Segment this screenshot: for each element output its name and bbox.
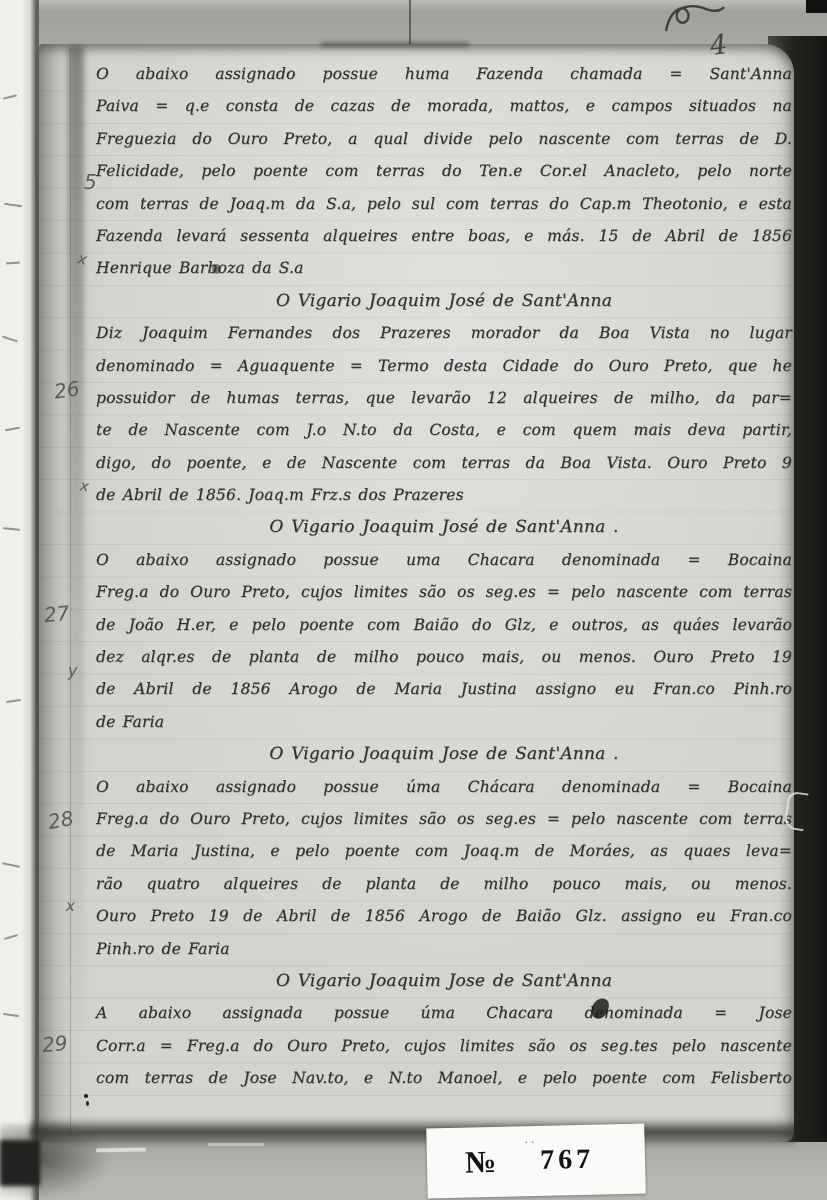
handwritten-line: possuidor de humas terras, que levarão 1… [96, 382, 792, 414]
margin-rule-line [70, 48, 71, 1136]
handwritten-line: te de Nascente com J.o N.to da Costa, e … [96, 414, 792, 446]
scanned-manuscript-page: 4 5 x 26 x 27 y 28 x 29 O abaixo assigna… [0, 0, 827, 1200]
handwritten-line: de João H.er, e pelo poente com Baião do… [96, 609, 792, 641]
folio-number: 4 [708, 29, 729, 62]
archival-number: 767 [540, 1144, 595, 1177]
margin-check-mark: y [68, 661, 77, 680]
entry-heading: O Vigario Joaquim José de Sant'Anna [96, 285, 792, 317]
edge-scratch-mark [208, 1143, 264, 1146]
handwritten-line: rão quatro alqueires de planta de milho … [96, 868, 792, 900]
facing-page-edge [0, 0, 36, 1200]
handwritten-line: Corr.a = Freg.a do Ouro Preto, cujos lim… [96, 1030, 792, 1062]
handwritten-line: denominado = Aguaquente = Termo desta Ci… [96, 350, 792, 382]
handwritten-line: de Abril de 1856 Arogo de Maria Justina … [96, 673, 792, 705]
scan-fold-line [409, 0, 411, 45]
register-entry: O Vigario Joaquim Jose de Sant'Anna A ab… [96, 965, 792, 1095]
margin-check-mark: x [66, 897, 75, 915]
ink-speck [86, 1101, 89, 1106]
handwritten-line: Ouro Preto 19 de Abril de 1856 Arogo de … [96, 900, 792, 932]
handwritten-line: Freg.a do Ouro Preto, cujos limites são … [96, 576, 792, 608]
ink-blot [212, 264, 221, 274]
margin-record-number: 28 [46, 806, 75, 834]
handwritten-line: O abaixo assignado possue uma Chacara de… [96, 544, 792, 576]
entry-heading: O Vigario Joaquim Jose de Sant'Anna [96, 965, 792, 997]
entry-heading: O Vigario Joaquim José de Sant'Anna . [96, 511, 792, 543]
handwritten-line: A abaixo assignada possue úma Chacara de… [96, 997, 792, 1029]
label-ink-specks: ·· [524, 1136, 537, 1149]
handwritten-line: O abaixo assignado possue úma Chácara de… [96, 771, 792, 803]
handwritten-line: dez alqr.es de planta de milho pouco mai… [96, 641, 792, 673]
entry-heading: O Vigario Joaquim Jose de Sant'Anna . [96, 738, 792, 770]
handwritten-line: Felicidade, pelo poente com terras do Te… [96, 155, 792, 187]
handwritten-line: Paiva = q.e consta de cazas de morada, m… [96, 90, 792, 122]
ink-speck [84, 1094, 88, 1098]
handwritten-line: com terras de Jose Nav.to, e N.to Manoel… [96, 1062, 792, 1094]
handwritten-line: com terras de Joaq.m da S.a, pelo sul co… [96, 188, 792, 220]
handwritten-line: Freguezia do Ouro Preto, a qual divide p… [96, 123, 792, 155]
top-edge-smudge [320, 42, 470, 47]
page-bottom-shadow [30, 1118, 796, 1148]
handwritten-line: digo, do poente, e de Nascente com terra… [96, 447, 792, 479]
scan-corner-mark [806, 0, 827, 13]
margin-record-number: 27 [43, 601, 71, 628]
handwritten-signature-line: Henrique Barboza da S.a [96, 252, 792, 284]
handwritten-line: Fazenda levará sessenta alqueires entre … [96, 220, 792, 252]
bottom-left-dark-blob [0, 1140, 40, 1186]
handwritten-line: O abaixo assignado possue huma Fazenda c… [96, 58, 792, 90]
numero-symbol: № [465, 1144, 497, 1181]
manuscript-text: O abaixo assignado possue huma Fazenda c… [96, 58, 792, 1095]
handwritten-signature-line: de Abril de 1856. Joaq.m Frz.s dos Praze… [96, 479, 792, 511]
handwritten-line: Diz Joaquim Fernandes dos Prazeres morad… [96, 317, 792, 349]
handwritten-signature-line: de Faria [96, 706, 792, 738]
register-entry: O Vigario Joaquim José de Sant'Anna Diz … [96, 285, 792, 512]
margin-record-number: 5 [84, 170, 97, 194]
margin-record-number: 29 [41, 1031, 69, 1058]
margin-record-number: 26 [52, 376, 81, 403]
handwritten-line: Freg.a do Ouro Preto, cujos limites são … [96, 803, 792, 835]
register-entry: O abaixo assignado possue huma Fazenda c… [96, 58, 792, 285]
archival-number-label: № ·· 767 [426, 1124, 646, 1199]
register-entry: O Vigario Joaquim Jose de Sant'Anna . O … [96, 738, 792, 965]
register-entry: O Vigario Joaquim José de Sant'Anna . O … [96, 511, 792, 738]
handwritten-signature-line: Pinh.ro de Faria [96, 933, 792, 965]
handwritten-line: de Maria Justina, e pelo poente com Joaq… [96, 835, 792, 867]
